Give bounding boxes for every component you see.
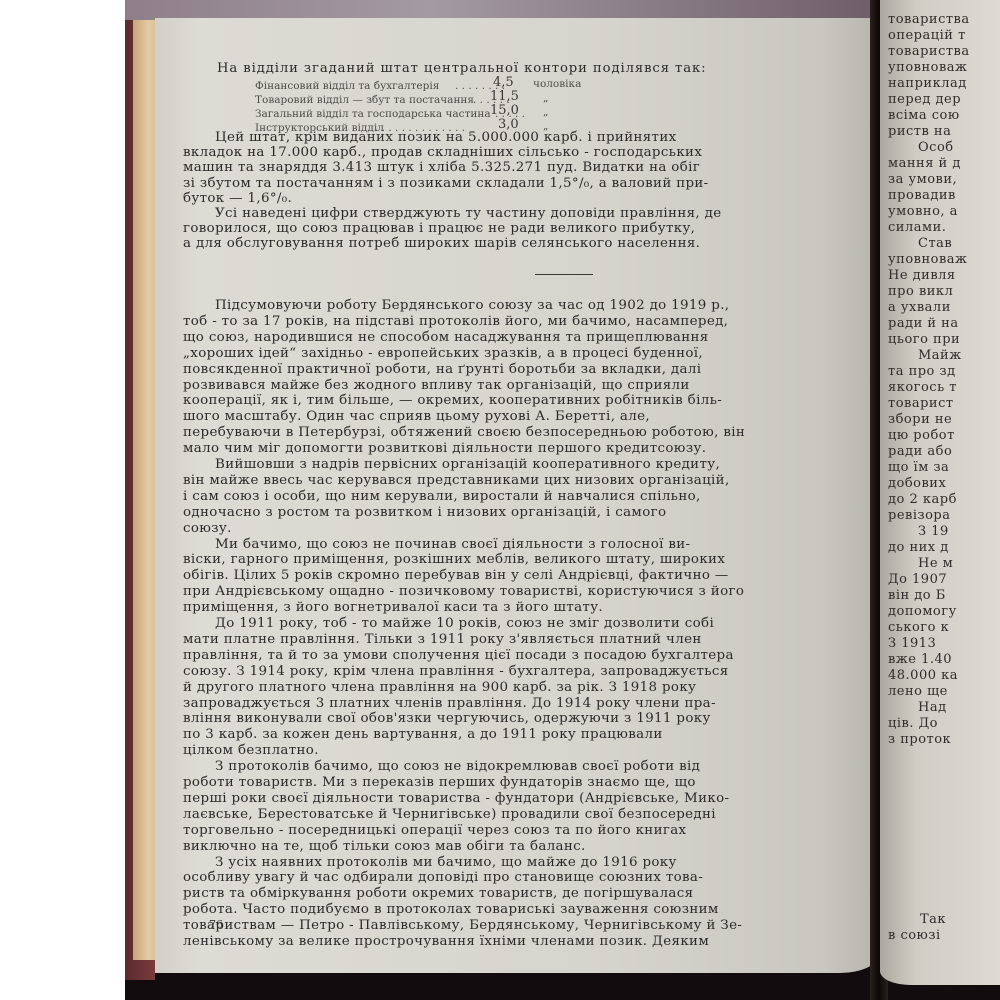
right-page-line: Не м: [918, 556, 953, 571]
right-page-line: силами.: [888, 220, 946, 235]
text-line: вління виконували свої обов'язки чергуюч…: [183, 711, 711, 726]
right-page-line: Не дивля: [888, 268, 956, 283]
section-separator: [535, 274, 593, 275]
right-page-line: до 2 карб: [888, 492, 957, 507]
text-line: віски, гарного приміщення, розкішних меб…: [183, 552, 725, 567]
right-page-line: а ухвали: [888, 300, 951, 315]
text-line: що союз, народившися не способом насаджу…: [183, 330, 709, 345]
text-line: правління, та й то за умови сполучення ц…: [183, 648, 734, 663]
text-line: приміщення, з його вогнетривалої каси та…: [183, 600, 603, 615]
right-page-line: перед дер: [888, 92, 961, 107]
right-page-line: цього при: [888, 332, 960, 347]
text-line: ленівському за велике прострочування їхн…: [183, 934, 709, 949]
right-page-line: уповноваж: [888, 60, 967, 75]
text-line: а для обслуговування потреб широких шарі…: [183, 236, 700, 251]
text-line: союзу.: [183, 521, 232, 536]
text-line: мати платне правління. Тільки з 1911 рок…: [183, 632, 702, 647]
right-page-line: ревізора: [888, 508, 950, 523]
table-row-value: 15,0: [490, 103, 519, 118]
right-page-line: добових: [888, 476, 946, 491]
table-intro: На відділи згаданий штат центральної кон…: [217, 61, 706, 76]
right-page-line: Став: [918, 236, 952, 251]
text-line: З протоколів бачимо, що союз не відокрем…: [215, 759, 700, 774]
text-line: лаєвське, Берестоватське й Чернигівське)…: [183, 807, 716, 822]
table-row-value: 11,5: [490, 89, 519, 104]
text-line: зі збутом та постачанням і з позиками ск…: [183, 176, 709, 191]
text-line: До 1911 року, тоб - то майже 10 років, с…: [215, 616, 714, 631]
left-page: На відділи згаданий штат центральної кон…: [155, 18, 880, 973]
right-page-line: всіма сою: [888, 108, 960, 123]
left-page-text: На відділи згаданий штат центральної кон…: [155, 18, 880, 973]
right-page-line: за умови,: [888, 172, 957, 187]
text-line: запроваджується 3 платних членів правлін…: [183, 696, 716, 711]
right-page-line: операцій т: [888, 28, 966, 43]
text-line: роботи товариств. Ми з переказів перших …: [183, 775, 696, 790]
right-page-line: про викл: [888, 284, 953, 299]
right-page-line: в союзі: [888, 928, 941, 943]
right-page-line: що їм за: [888, 460, 949, 475]
text-line: риств та обміркування роботи окремих тов…: [183, 886, 693, 901]
right-page-line: провадив: [888, 188, 956, 203]
right-page-line: ського к: [888, 620, 949, 635]
right-page-line: товариства: [888, 12, 970, 27]
right-page-line: з проток: [888, 732, 951, 747]
text-line: Цей штат, крім виданих позик на 5.000.00…: [215, 130, 677, 145]
text-line: перші роки своєї діяльности товариства -…: [183, 791, 729, 806]
text-line: обігів. Цілих 5 років скромно перебував …: [183, 568, 729, 583]
right-page-line: умовно, а: [888, 204, 958, 219]
text-line: „хороших ідей“ західньо - европейських з…: [183, 346, 703, 361]
text-line: З усіх наявних протоколів ми бачимо, що …: [215, 855, 677, 870]
right-page-line: вже 1.40: [888, 652, 952, 667]
text-line: повсякденної практичної роботи, на ґрунт…: [183, 362, 701, 377]
right-page-line: лено ще: [888, 684, 948, 699]
table-row-unit: „: [543, 92, 548, 104]
right-page-line: Майж: [918, 348, 962, 363]
table-row-label: Фінансовий відділ та бухгалтерія: [255, 80, 439, 92]
right-page-line: збори не: [888, 412, 952, 427]
text-line: шого масштабу. Один час сприяв цьому рух…: [183, 409, 650, 424]
right-page-line: Особ: [918, 140, 954, 155]
table-row-unit: „: [543, 106, 548, 118]
text-line: при Андрієвському ощадно - позичковому т…: [183, 584, 744, 599]
text-line: говорилося, що союз працював і працює не…: [183, 221, 695, 236]
right-page: товаристваоперацій ттовариствауповноважн…: [880, 0, 1000, 985]
text-line: мало чим міг допомогти розвиткові діяльн…: [183, 441, 706, 456]
text-line: Вийшовши з надрів первісних організацій …: [215, 457, 720, 472]
right-page-line: ради або: [888, 444, 952, 459]
photo-scene: На відділи згаданий штат центральної кон…: [125, 0, 1000, 1000]
right-page-line: ців. До: [888, 716, 938, 731]
text-line: вкладок на 17.000 карб., продав складніш…: [183, 145, 702, 160]
text-line: Ми бачимо, що союз не починав своєї діял…: [215, 537, 690, 552]
table-row-label: Загальний відділ та господарська частина: [255, 108, 491, 120]
right-page-line: риств на: [888, 124, 951, 139]
right-page-line: уповноваж: [888, 252, 967, 267]
right-page-line: 48.000 ка: [888, 668, 958, 683]
text-line: тоб - то за 17 років, на підставі проток…: [183, 314, 728, 329]
text-line: Підсумовуючи роботу Бердянського союзу з…: [215, 298, 729, 313]
text-line: робота. Часто подибуємо в протоколах тов…: [183, 902, 719, 917]
text-line: Усі наведені цифри стверджують ту частин…: [215, 206, 722, 221]
text-line: кооперації, як і, тим більше, — окремих,…: [183, 393, 722, 408]
text-line: розвивався майже без жодного впливу так …: [183, 378, 690, 393]
text-line: цілком безплатно.: [183, 743, 319, 758]
table-row-label: Товаровий відділ — збут та постачання: [255, 94, 474, 106]
right-page-line: якогось т: [888, 380, 957, 395]
text-line: і сам союз і особи, що ним керували, вир…: [183, 489, 701, 504]
text-line: буток — 1,6°/₀.: [183, 191, 292, 206]
right-page-line: товарист: [888, 396, 954, 411]
right-page-line: наприклад: [888, 76, 967, 91]
right-page-line: до них д: [888, 540, 949, 555]
right-page-line: Над: [918, 700, 947, 715]
text-line: по 3 карб. за кожен день вартування, а д…: [183, 727, 663, 742]
right-page-line: мання й д: [888, 156, 961, 171]
text-line: союзу. З 1914 року, крім члена правління…: [183, 664, 729, 679]
text-line: машин та знаряддя 3.413 штук і хліба 5.3…: [183, 160, 700, 175]
text-line: він майже ввесь час керувався представни…: [183, 473, 730, 488]
right-page-line: він до Б: [888, 588, 946, 603]
right-page-line: ради й на: [888, 316, 959, 331]
right-page-line: До 1907: [888, 572, 947, 587]
right-page-line: цю робот: [888, 428, 955, 443]
text-line: торговельно - посередницькі операції чер…: [183, 823, 686, 838]
right-page-line: Так: [920, 912, 946, 927]
right-page-line: допомогу: [888, 604, 957, 619]
table-row-unit: чоловіка: [533, 78, 581, 90]
text-line: товариствам — Петро - Павлівському, Берд…: [183, 918, 742, 933]
text-line: й другого платного члена правління на 90…: [183, 680, 696, 695]
text-line: виключно на те, щоб тільки союз мав обіг…: [183, 839, 586, 854]
text-line: одночасно з ростом та розвитком і низови…: [183, 505, 666, 520]
table-row-value: 4,5: [493, 75, 514, 90]
right-page-line: товариства: [888, 44, 970, 59]
text-line: особливу увагу й час одбирали доповіді п…: [183, 870, 703, 885]
text-line: перебуваючи в Петербурзі, обтяжений своє…: [183, 425, 745, 440]
right-page-line: З 1913: [888, 636, 936, 651]
right-page-line: та про зд: [888, 364, 956, 379]
right-page-line: З 19: [918, 524, 949, 539]
